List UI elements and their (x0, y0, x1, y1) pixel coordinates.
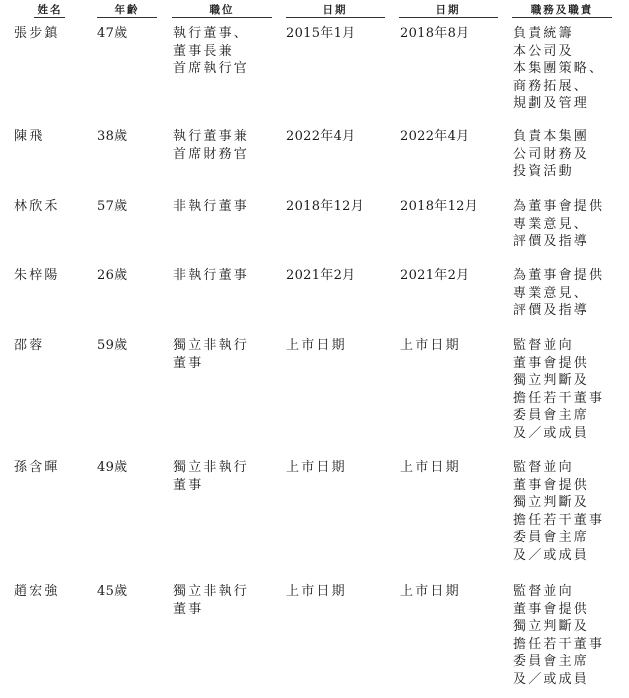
cell-position-line: 執行董事兼 (173, 128, 249, 146)
cell-age-line: 59歲 (97, 337, 127, 355)
cell-duties-line: 專業意見、 (513, 285, 604, 303)
cell-age: 59歲 (97, 337, 127, 355)
cell-age: 49歲 (97, 459, 127, 477)
cell-position-line: 董事 (173, 355, 249, 373)
cell-duties-line: 評價及指導 (513, 233, 604, 251)
cell-position-line: 非執行董事 (173, 267, 249, 285)
cell-duties-line: 監督並向 (513, 459, 604, 477)
cell-join-date: 上市日期 (400, 459, 461, 477)
cell-duties: 監督並向董事會提供獨立判斷及擔任若干董事委員會主席及／或成員 (513, 459, 604, 564)
cell-position: 執行董事、董事長兼首席執行官 (173, 25, 249, 78)
cell-position-line: 董事長兼 (173, 43, 249, 61)
cell-name-line: 林欣禾 (14, 198, 60, 216)
cell-age-line: 49歲 (97, 459, 127, 477)
cell-appointment-date-line: 上市日期 (286, 459, 347, 477)
cell-duties-line: 及／或成員 (513, 671, 604, 689)
cell-age-line: 47歲 (97, 25, 127, 43)
cell-appointment-date: 上市日期 (286, 583, 347, 601)
cell-name: 朱梓陽 (14, 267, 60, 285)
cell-join-date: 2018年12月 (400, 198, 478, 216)
cell-duties-line: 董事會提供 (513, 601, 604, 619)
cell-appointment-date-line: 2021年2月 (286, 267, 355, 285)
cell-duties-line: 投資活動 (513, 163, 589, 181)
cell-duties-line: 擔任若干董事 (513, 390, 604, 408)
cell-position: 執行董事兼首席財務官 (173, 128, 249, 163)
cell-appointment-date-line: 上市日期 (286, 583, 347, 601)
cell-age-line: 26歲 (97, 267, 127, 285)
cell-duties-line: 為董事會提供 (513, 198, 604, 216)
cell-position-line: 首席執行官 (173, 60, 249, 78)
cell-age: 38歲 (97, 128, 127, 146)
cell-appointment-date: 2022年4月 (286, 128, 355, 146)
cell-appointment-date: 上市日期 (286, 459, 347, 477)
cell-appointment-date-line: 2018年12月 (286, 198, 364, 216)
cell-age-line: 57歲 (97, 198, 127, 216)
cell-duties-line: 委員會主席 (513, 407, 604, 425)
cell-duties: 負責本集團公司財務及投資活動 (513, 128, 589, 181)
cell-name-line: 孫含暉 (14, 459, 60, 477)
cell-duties: 監督並向董事會提供獨立判斷及擔任若干董事委員會主席及／或成員 (513, 337, 604, 442)
cell-duties-line: 規劃及管理 (513, 95, 604, 113)
cell-position-line: 董事 (173, 601, 249, 619)
cell-join-date: 2018年8月 (400, 25, 469, 43)
header-duties: 職務及職責 (512, 2, 612, 17)
header-age: 年齡 (97, 2, 157, 17)
cell-duties-line: 董事會提供 (513, 477, 604, 495)
cell-name: 趙宏強 (14, 583, 60, 601)
cell-duties-line: 為董事會提供 (513, 267, 604, 285)
cell-name: 孫含暉 (14, 459, 60, 477)
cell-join-date-line: 2022年4月 (400, 128, 469, 146)
cell-duties-line: 委員會主席 (513, 529, 604, 547)
header-date-2-underline (399, 17, 498, 18)
cell-appointment-date-line: 2022年4月 (286, 128, 355, 146)
cell-name: 陳飛 (14, 128, 44, 146)
cell-join-date: 上市日期 (400, 337, 461, 355)
cell-position-line: 獨立非執行 (173, 337, 249, 355)
cell-appointment-date: 2021年2月 (286, 267, 355, 285)
cell-join-date: 2021年2月 (400, 267, 469, 285)
cell-join-date-line: 上市日期 (400, 337, 461, 355)
cell-duties-line: 評價及指導 (513, 302, 604, 320)
cell-position: 非執行董事 (173, 267, 249, 285)
cell-duties-line: 獨立判斷及 (513, 494, 604, 512)
cell-duties-line: 委員會主席 (513, 653, 604, 671)
cell-duties: 為董事會提供專業意見、評價及指導 (513, 198, 604, 251)
cell-name: 林欣禾 (14, 198, 60, 216)
cell-duties-line: 商務拓展、 (513, 78, 604, 96)
cell-name-line: 陳飛 (14, 128, 44, 146)
cell-position-line: 董事 (173, 477, 249, 495)
cell-age: 45歲 (97, 583, 127, 601)
header-date-1-underline (286, 17, 385, 18)
cell-name: 邵蓉 (14, 337, 44, 355)
header-name: 姓名 (30, 2, 70, 17)
cell-position-line: 獨立非執行 (173, 583, 249, 601)
cell-age-line: 38歲 (97, 128, 127, 146)
cell-position-line: 執行董事、 (173, 25, 249, 43)
cell-duties-line: 負責統籌 (513, 25, 604, 43)
cell-join-date: 2022年4月 (400, 128, 469, 146)
cell-duties-line: 及／或成員 (513, 547, 604, 565)
cell-join-date-line: 2021年2月 (400, 267, 469, 285)
cell-duties-line: 董事會提供 (513, 355, 604, 373)
header-date-1: 日期 (285, 2, 385, 17)
cell-duties-line: 獨立判斷及 (513, 372, 604, 390)
cell-age-line: 45歲 (97, 583, 127, 601)
cell-position-line: 獨立非執行 (173, 459, 249, 477)
header-position-underline (172, 17, 272, 18)
header-date-2: 日期 (398, 2, 498, 17)
cell-duties-line: 監督並向 (513, 583, 604, 601)
cell-duties-line: 及／或成員 (513, 425, 604, 443)
cell-join-date-line: 2018年12月 (400, 198, 478, 216)
cell-duties-line: 擔任若干董事 (513, 636, 604, 654)
cell-duties-line: 負責本集團 (513, 128, 589, 146)
cell-position: 獨立非執行董事 (173, 337, 249, 372)
cell-duties-line: 本集團策略、 (513, 60, 604, 78)
cell-appointment-date-line: 上市日期 (286, 337, 347, 355)
cell-duties: 為董事會提供專業意見、評價及指導 (513, 267, 604, 320)
cell-duties-line: 專業意見、 (513, 216, 604, 234)
cell-duties-line: 擔任若干董事 (513, 512, 604, 530)
cell-name-line: 邵蓉 (14, 337, 44, 355)
header-duties-underline (512, 17, 612, 18)
cell-appointment-date: 2015年1月 (286, 25, 355, 43)
header-age-underline (97, 17, 157, 18)
cell-name-line: 朱梓陽 (14, 267, 60, 285)
cell-position-line: 非執行董事 (173, 198, 249, 216)
cell-duties-line: 本公司及 (513, 43, 604, 61)
cell-position: 非執行董事 (173, 198, 249, 216)
cell-name: 張步鎮 (14, 25, 60, 43)
cell-duties-line: 公司財務及 (513, 146, 589, 164)
cell-appointment-date-line: 2015年1月 (286, 25, 355, 43)
cell-duties: 負責統籌本公司及本集團策略、商務拓展、規劃及管理 (513, 25, 604, 113)
cell-join-date: 上市日期 (400, 583, 461, 601)
header-name-underline (34, 17, 65, 18)
cell-position-line: 首席財務官 (173, 146, 249, 164)
cell-join-date-line: 上市日期 (400, 459, 461, 477)
cell-join-date-line: 上市日期 (400, 583, 461, 601)
cell-name-line: 趙宏強 (14, 583, 60, 601)
cell-duties-line: 獨立判斷及 (513, 618, 604, 636)
cell-duties: 監督並向董事會提供獨立判斷及擔任若干董事委員會主席及／或成員 (513, 583, 604, 688)
cell-duties-line: 監督並向 (513, 337, 604, 355)
cell-age: 57歲 (97, 198, 127, 216)
cell-name-line: 張步鎮 (14, 25, 60, 43)
cell-position: 獨立非執行董事 (173, 583, 249, 618)
cell-join-date-line: 2018年8月 (400, 25, 469, 43)
header-position: 職位 (172, 2, 272, 17)
cell-position: 獨立非執行董事 (173, 459, 249, 494)
cell-age: 26歲 (97, 267, 127, 285)
cell-age: 47歲 (97, 25, 127, 43)
cell-appointment-date: 2018年12月 (286, 198, 364, 216)
cell-appointment-date: 上市日期 (286, 337, 347, 355)
